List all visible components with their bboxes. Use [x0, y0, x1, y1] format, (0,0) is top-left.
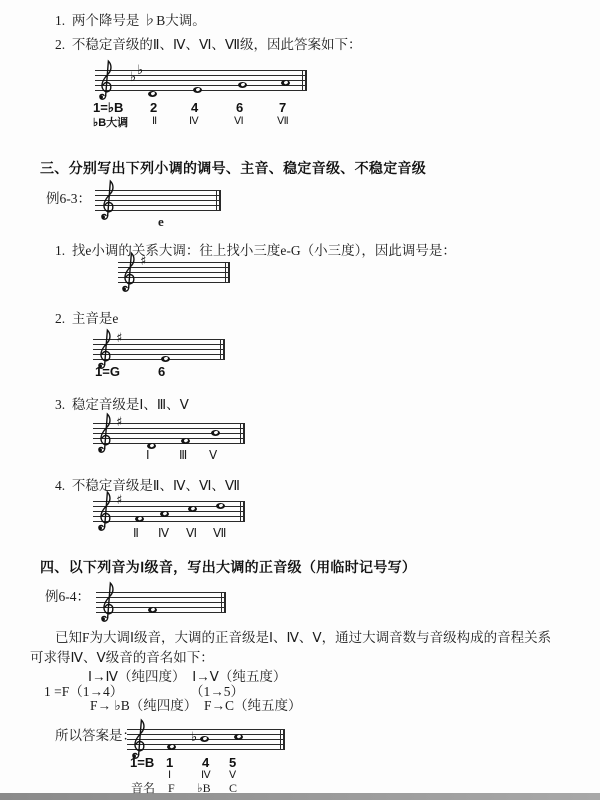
note-name-c: C	[229, 781, 237, 797]
barline-thin	[240, 501, 241, 522]
example-6-4-label: 例6-4：	[45, 588, 90, 606]
answer-intro: 所以答案是：	[55, 727, 136, 745]
example-6-3-label: 例6-3：	[46, 190, 91, 208]
staff-example-6-3	[95, 176, 221, 232]
whole-note-icon	[161, 356, 170, 362]
barline-thin	[280, 729, 281, 750]
staff-unstable-degrees: ♯	[93, 487, 245, 543]
whole-note-icon	[216, 503, 225, 509]
barline-thick	[243, 423, 245, 444]
sharp-icon: ♯	[140, 255, 146, 269]
staff-a-roman-2: Ⅱ	[152, 115, 157, 129]
item-1: 1. 两个降号是 ♭B大调。	[55, 12, 206, 30]
staff-line	[93, 516, 245, 517]
page-edge-shadow	[0, 793, 600, 800]
staff-a-roman-6: Ⅵ	[234, 115, 244, 129]
whole-note-icon	[167, 744, 176, 750]
barline-thin	[302, 70, 303, 91]
flat-icon: ♭	[191, 731, 197, 745]
whole-note-icon	[160, 511, 169, 517]
staff-answer-bb-major: ♭♭	[95, 56, 307, 112]
item-3-1: 1. 找e小调的关系大调：往上找小三度e-G（小三度），因此调号是：	[55, 242, 456, 260]
formula-line-3: F→ ♭B（纯四度） F→C（纯五度）	[90, 697, 302, 715]
sharp-icon: ♯	[116, 332, 122, 346]
treble-clef-icon	[99, 579, 116, 625]
staff-line	[95, 70, 307, 71]
staff-final-answer: ♭	[127, 715, 285, 771]
note-name-bb: ♭B	[197, 781, 211, 797]
document-page: 1. 两个降号是 ♭B大调。2. 不稳定音级的Ⅱ、Ⅳ、Ⅵ、Ⅶ级，因此答案如下：1…	[0, 0, 600, 800]
flat-icon: ♭	[137, 64, 143, 78]
staff-line	[127, 749, 285, 750]
whole-note-icon	[181, 438, 190, 444]
treble-clef-icon	[99, 177, 116, 223]
treble-clef-icon	[130, 716, 147, 762]
whole-note-icon	[200, 736, 209, 742]
whole-note-icon	[281, 80, 290, 86]
barline-thin	[221, 592, 222, 613]
barline-thick	[219, 190, 221, 211]
whole-note-icon	[238, 82, 247, 88]
whole-note-icon	[148, 91, 157, 97]
heading-section-4: 四、以下列音为Ⅰ级音，写出大调的正音级（用临时记号写）	[40, 558, 416, 576]
whole-note-icon	[234, 734, 243, 740]
whole-note-icon	[135, 516, 144, 522]
flat-icon: ♭	[130, 71, 136, 85]
staff-line	[93, 521, 245, 522]
treble-clef-icon	[96, 326, 113, 372]
barline-thin	[225, 262, 226, 283]
staff-example-6-4	[96, 578, 226, 634]
treble-clef-icon	[96, 410, 113, 456]
staff-line	[127, 729, 285, 730]
barline-thick	[283, 729, 285, 750]
staff-line	[93, 443, 245, 444]
paragraph-line-2: 可求得Ⅳ、Ⅴ级音的音名如下：	[30, 649, 214, 667]
whole-note-icon	[211, 430, 220, 436]
barline-thick	[305, 70, 307, 91]
heading-section-3: 三、分别写出下列小调的调号、主音、稳定音级、不稳定音级	[40, 159, 426, 177]
staff-line	[93, 433, 245, 434]
staff-line	[127, 744, 285, 745]
sharp-icon: ♯	[116, 416, 122, 430]
treble-clef-icon	[97, 57, 114, 103]
staff-line	[95, 75, 307, 76]
staff-line	[127, 734, 285, 735]
staff-line	[95, 80, 307, 81]
staff-line	[95, 85, 307, 86]
barline-thin	[240, 423, 241, 444]
barline-thick	[228, 262, 230, 283]
barline-thin	[220, 339, 221, 360]
barline-thin	[216, 190, 217, 211]
staff-key-signature-answer: ♯	[118, 248, 230, 304]
item-2: 2. 不稳定音级的Ⅱ、Ⅳ、Ⅵ、Ⅶ级，因此答案如下：	[55, 36, 362, 54]
staff-line	[93, 438, 245, 439]
sharp-icon: ♯	[116, 494, 122, 508]
staff-a-roman-4: Ⅳ	[189, 115, 199, 129]
barline-thick	[224, 592, 226, 613]
whole-note-icon	[147, 443, 156, 449]
staff-a-roman-7: Ⅶ	[277, 115, 289, 129]
staff-tonic-answer: ♯	[93, 325, 225, 381]
staff-stable-degrees: ♯	[93, 409, 245, 465]
staff-line	[93, 511, 245, 512]
note-name-f: F	[168, 781, 175, 797]
note-names-label: 音名	[131, 781, 155, 797]
treble-clef-icon	[120, 249, 137, 295]
barline-thick	[243, 501, 245, 522]
barline-thick	[223, 339, 225, 360]
whole-note-icon	[193, 87, 202, 93]
whole-note-icon	[148, 607, 157, 613]
staff-a-key-name: ♭B大调	[93, 116, 128, 130]
whole-note-icon	[188, 506, 197, 512]
treble-clef-icon	[96, 488, 113, 534]
